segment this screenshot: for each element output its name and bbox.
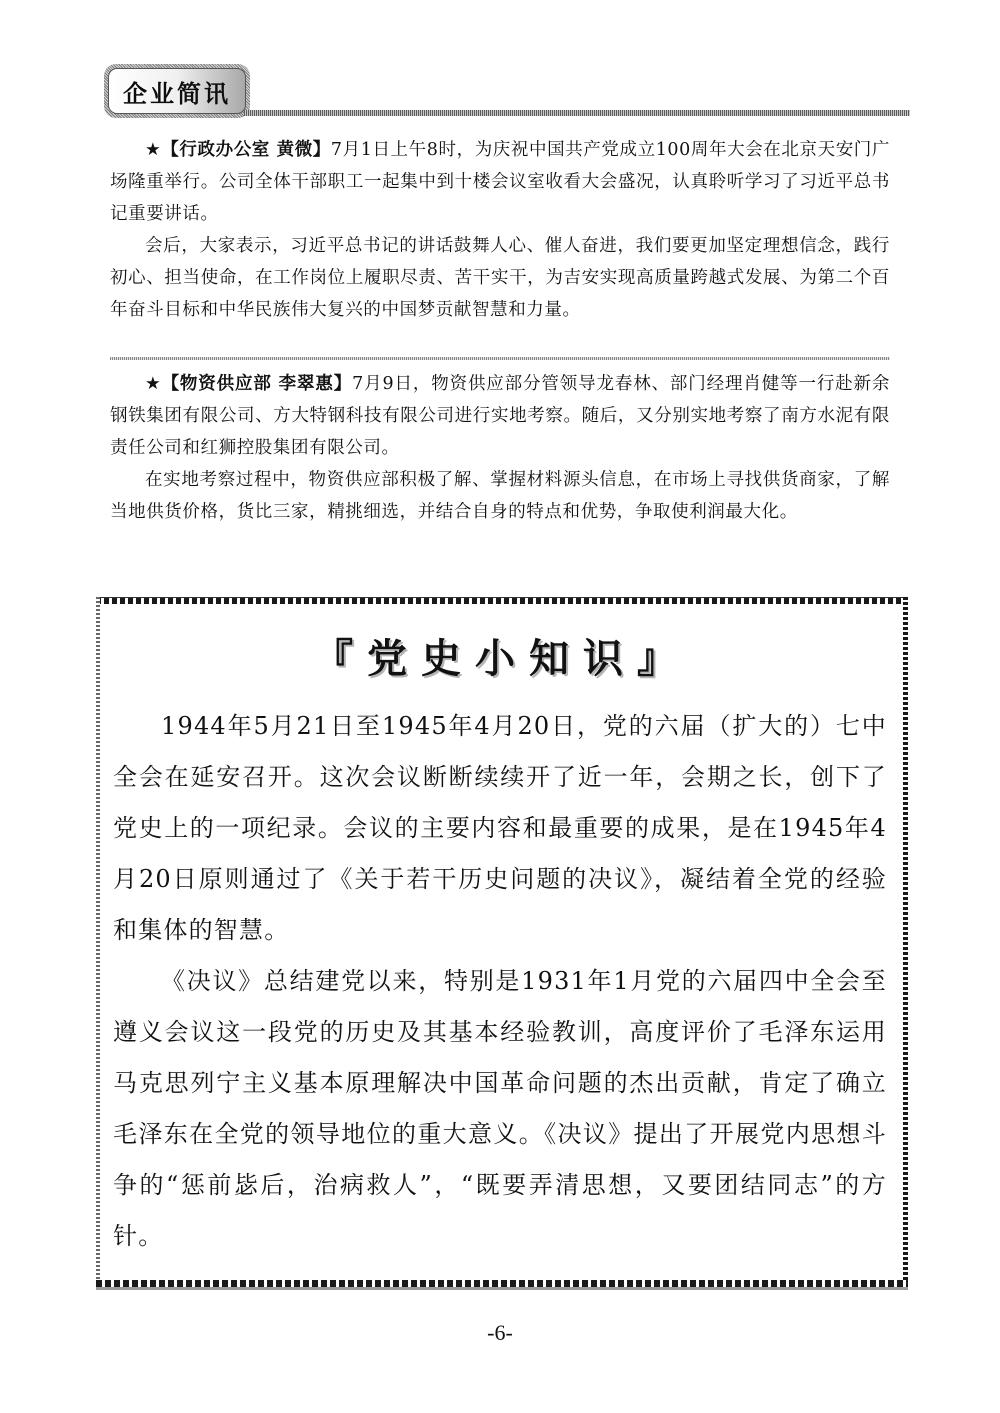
star-icon: ★ xyxy=(145,140,161,160)
news-item: ★【行政办公室 黄微】7月1日上午8时，为庆祝中国共产党成立100周年大会在北京… xyxy=(110,134,890,326)
news-paragraph: 会后，大家表示，习近平总书记的讲话鼓舞人心、催人奋进，我们要更加坚定理想信念，践… xyxy=(110,230,890,326)
news-source-tag: 【行政办公室 黄微】 xyxy=(161,140,331,160)
section-title: 企业简讯 xyxy=(123,74,231,109)
news-paragraph: ★【行政办公室 黄微】7月1日上午8时，为庆祝中国共产党成立100周年大会在北京… xyxy=(110,134,890,230)
box-border-left xyxy=(96,597,100,1290)
section-header: 企业简讯 xyxy=(104,64,910,122)
box-border-bottom xyxy=(96,1280,908,1290)
news-paragraph: ★【物资供应部 李翠惠】7月9日，物资供应部分管领导龙春林、部门经理肖健等一行赴… xyxy=(110,368,890,464)
box-paragraph: 《决议》总结建党以来，特别是1931年1月党的六届四中全会至遵义会议这一段党的历… xyxy=(113,956,887,1262)
box-body: 1944年5月21日至1945年4月20日，党的六届（扩大的）七中全会在延安召开… xyxy=(113,701,887,1262)
news-item: ★【物资供应部 李翠惠】7月9日，物资供应部分管领导龙春林、部门经理肖健等一行赴… xyxy=(110,368,890,528)
section-header-rule xyxy=(244,110,910,116)
star-icon: ★ xyxy=(145,374,162,394)
news-divider xyxy=(110,357,890,360)
section-tab: 企业简讯 xyxy=(104,64,250,118)
box-title: 『党史小知识』 xyxy=(96,627,908,684)
box-border-top xyxy=(96,597,908,604)
news-source-tag: 【物资供应部 李翠惠】 xyxy=(162,374,353,394)
box-paragraph: 1944年5月21日至1945年4月20日，党的六届（扩大的）七中全会在延安召开… xyxy=(113,701,887,956)
news-paragraph: 在实地考察过程中，物资供应部积极了解、掌握材料源头信息，在市场上寻找供货商家，了… xyxy=(110,464,890,528)
party-history-box: 『党史小知识』 1944年5月21日至1945年4月20日，党的六届（扩大的）七… xyxy=(96,597,908,1290)
page-number: -6- xyxy=(0,1320,1000,1346)
section-tab-inner: 企业简讯 xyxy=(108,68,246,114)
box-border-right xyxy=(903,597,908,1290)
